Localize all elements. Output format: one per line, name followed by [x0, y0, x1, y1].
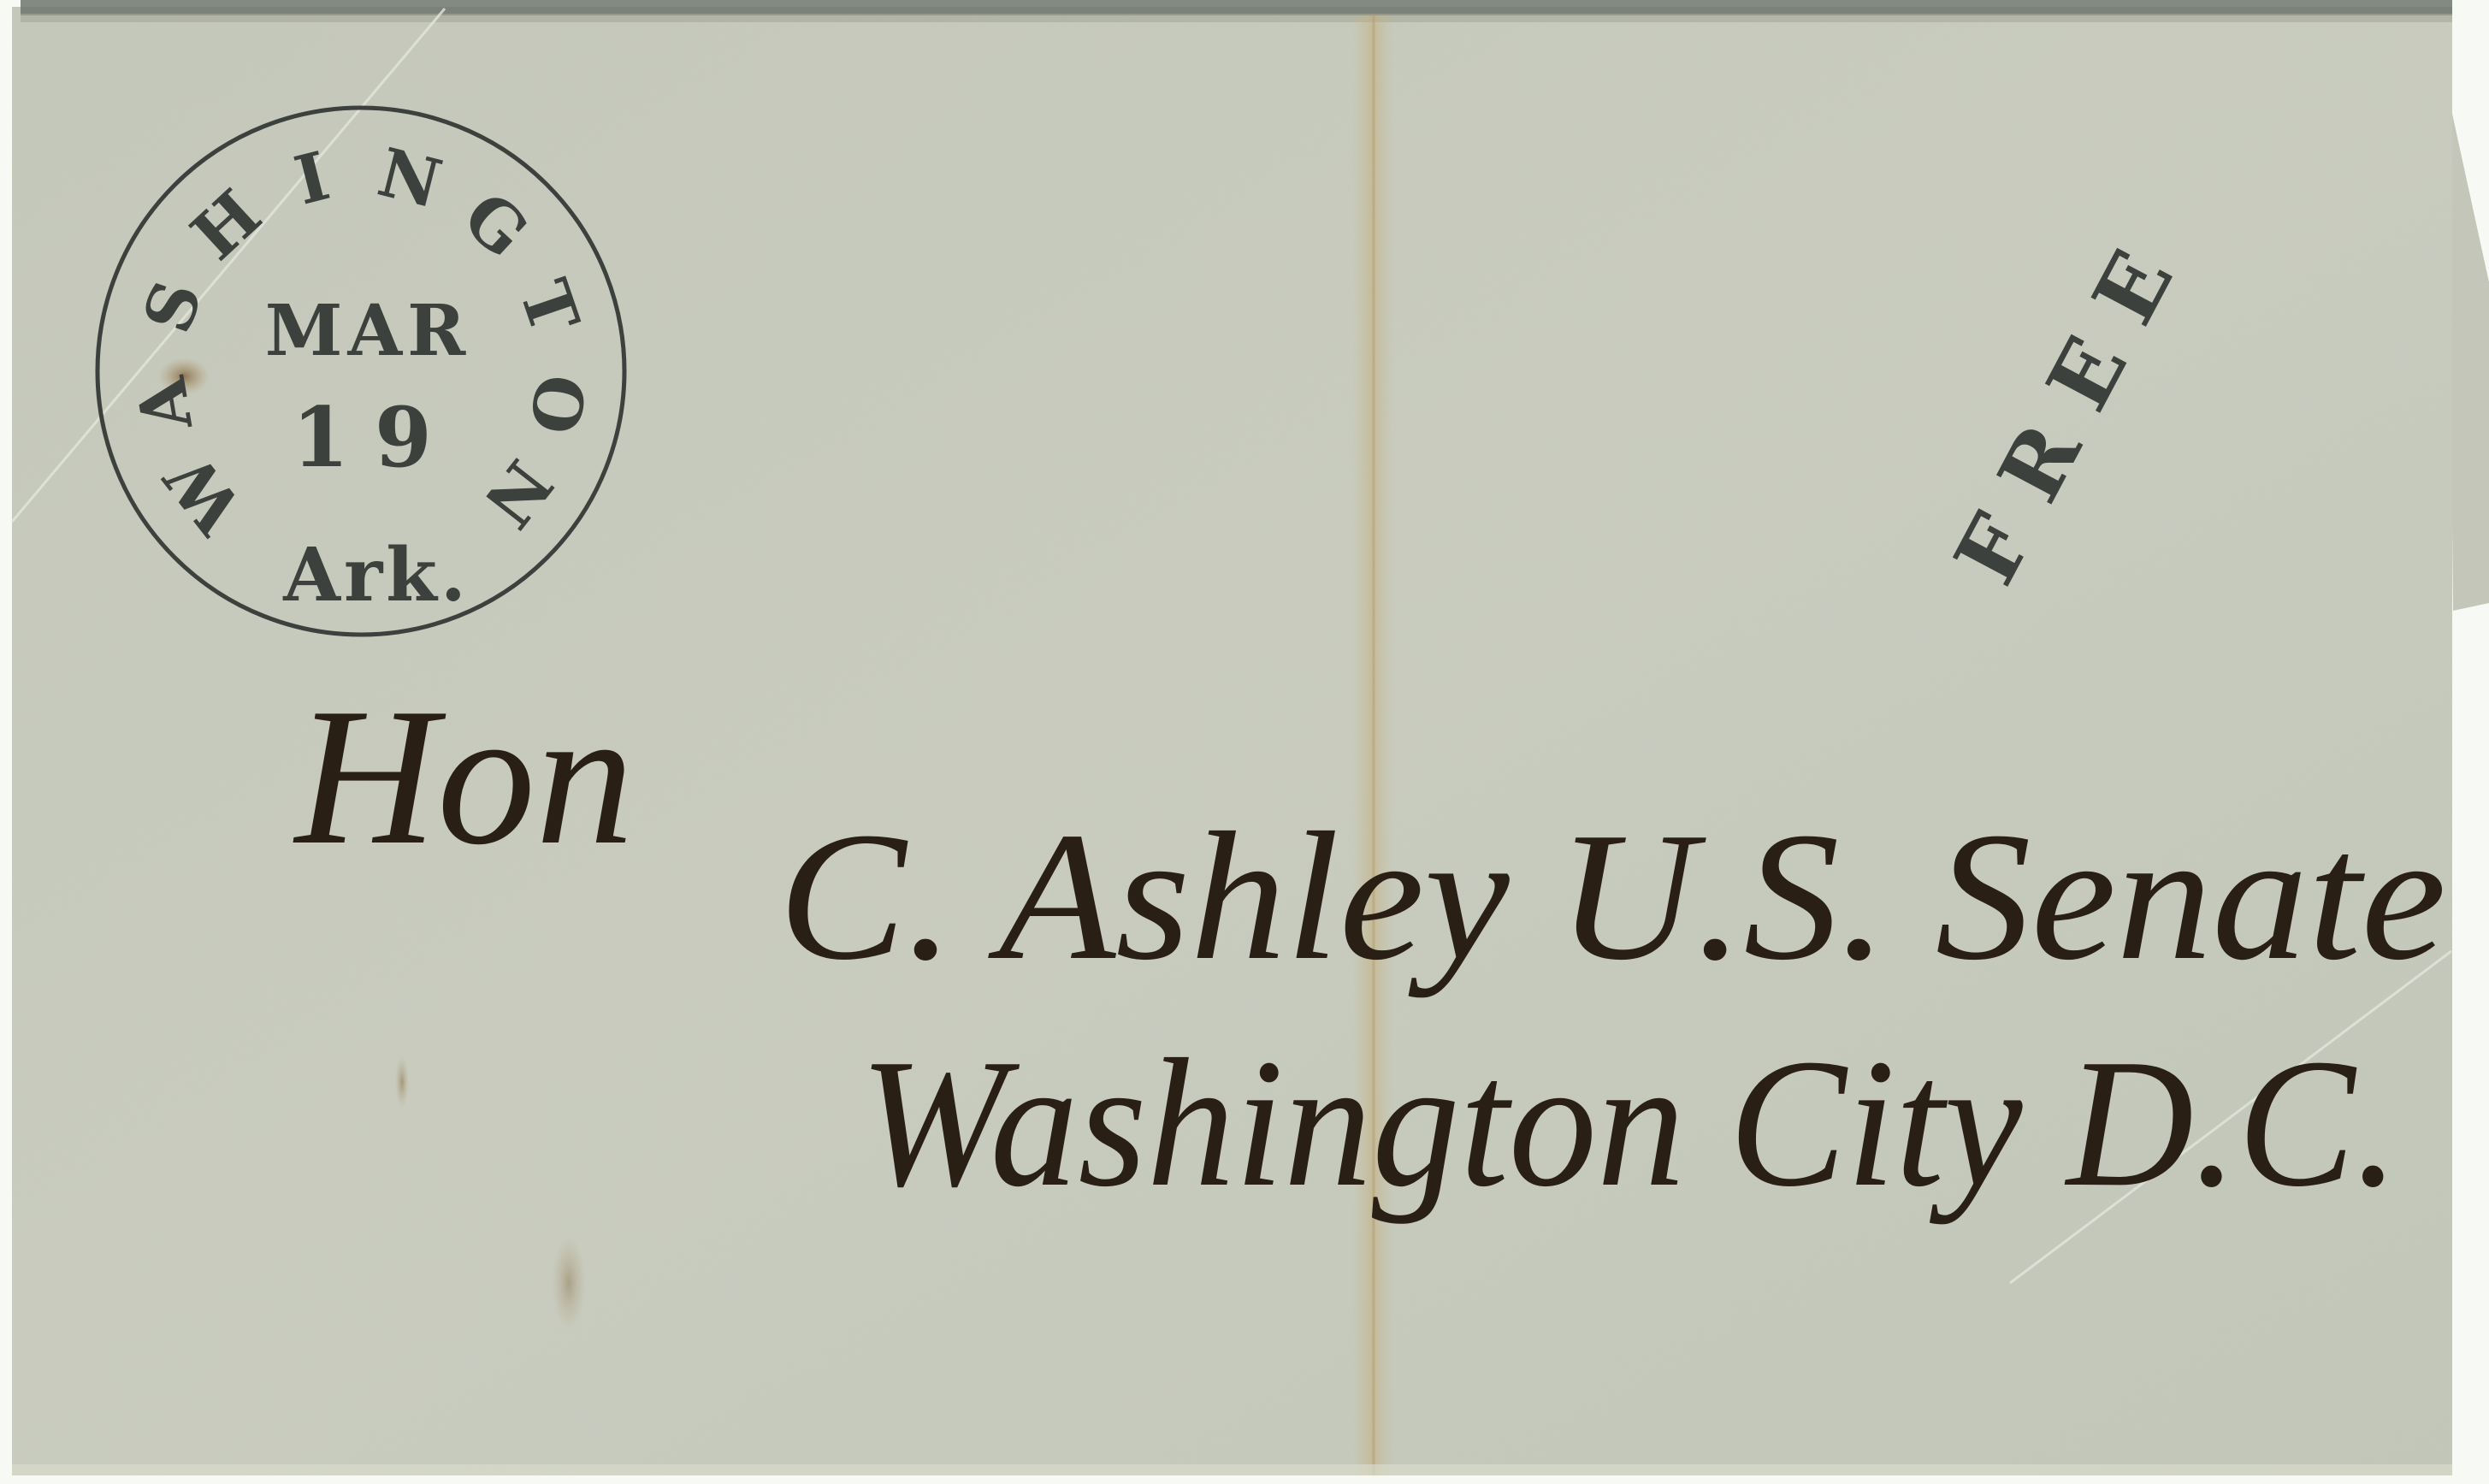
address-line-1: C. Ashley U.S. Senate	[778, 794, 2446, 998]
postmark-month: MAR	[265, 290, 471, 372]
postmark-state: Ark.	[282, 532, 470, 618]
back-flap	[2448, 94, 2489, 611]
address-honorific: Hon	[293, 667, 634, 885]
letter-cover-scan: WASHINGTON MAR 19 Ark. FREE Hon C. Ashle…	[0, 0, 2489, 1484]
top-edge-band	[21, 0, 2452, 15]
address-line-2: Washington City D.C.	[860, 1020, 2399, 1225]
postmark-day: 19	[292, 389, 458, 486]
